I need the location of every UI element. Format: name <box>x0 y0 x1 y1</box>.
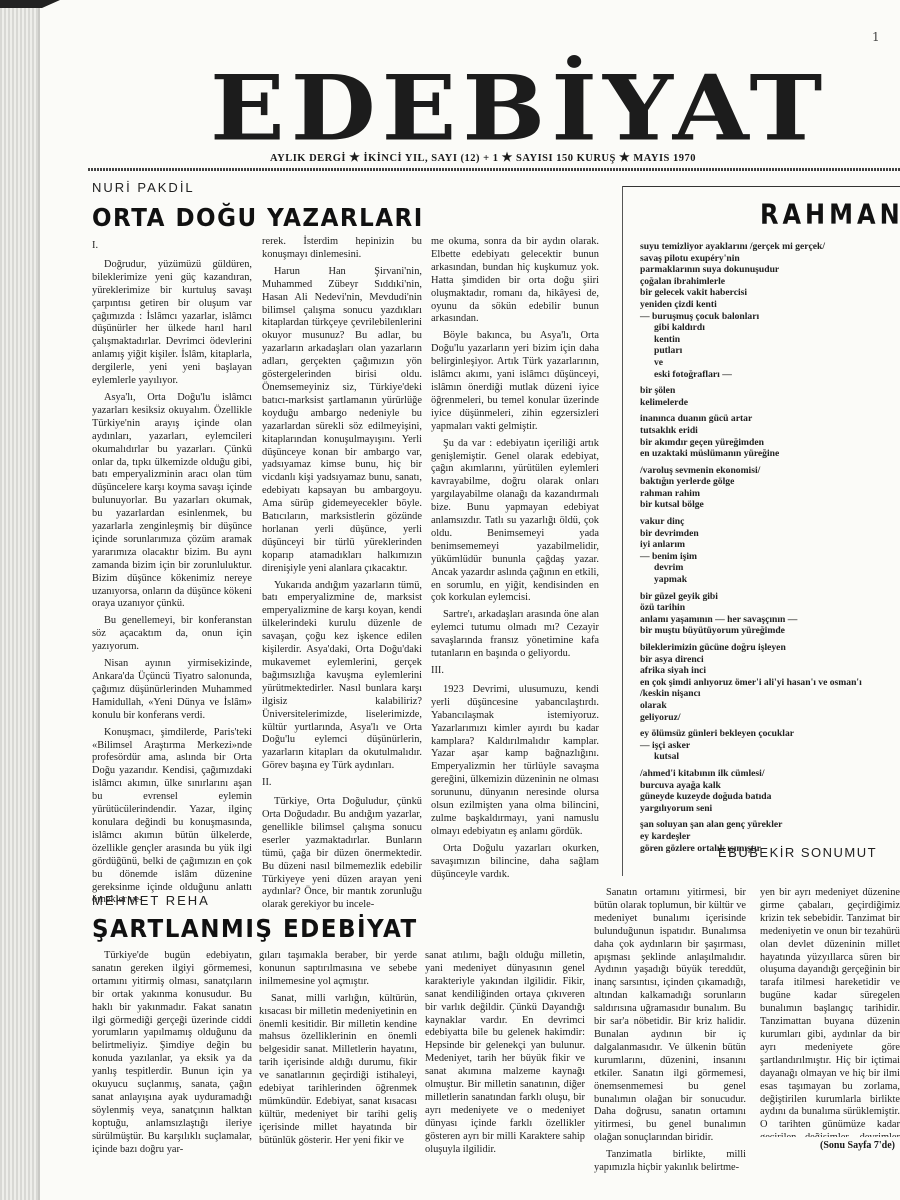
paragraph: Şu da var : edebiyatın içeriliği artık g… <box>431 438 599 606</box>
poem-line: /ahmed'i kitabının ilk cümlesi/ <box>640 768 895 780</box>
poem-line: anlamı yaşamının — her savaşçının — <box>640 614 895 626</box>
article1-column-3: me okuma, sonra da bir aydın olarak. Elb… <box>431 236 599 856</box>
article1-column-1: I.Doğrudur, yüzümüzü güldüren, bilekleri… <box>92 236 252 856</box>
poem-line: burcuva ayağa kalk <box>640 780 895 792</box>
paragraph: sanat atılımı, bağlı olduğu milletin, ya… <box>425 950 585 1157</box>
continued-note: (Sonu Sayfa 7'de) <box>820 1140 895 1151</box>
issue-date: MAYIS 1970 <box>633 153 696 164</box>
poem-line: — işçi asker <box>640 740 895 752</box>
poem-line: özü tarihin <box>640 602 895 614</box>
poem-line: kutsal <box>640 751 895 763</box>
poem-line: bileklerimizin gücüne doğru işleyen <box>640 642 895 654</box>
poem-line: savaş pilotu exupéry'nin <box>640 253 895 265</box>
paragraph: me okuma, sonra da bir aydın olarak. Elb… <box>431 236 599 326</box>
paragraph: 1923 Devrimi, ulusumuzu, kendi yerli düş… <box>431 684 599 839</box>
poem-line: tutsaklık eridi <box>640 425 895 437</box>
poem-line: parmaklarının suya dokunuşudur <box>640 264 895 276</box>
poem-stanza: bileklerimizin gücüne doğru işleyenbir a… <box>640 642 895 723</box>
article1-author: NURİ PAKDİL <box>92 180 195 195</box>
binding-shadow <box>38 0 40 1200</box>
poem-line: şan soluyan şan alan genç yürekler <box>640 819 895 831</box>
paragraph: Türkiye'de bugün edebiyatın, sanatın ger… <box>92 950 252 1157</box>
article2-column-2: gıları taşımakla beraber, bir yerde konu… <box>259 950 417 1170</box>
poem-line: putları <box>640 345 895 357</box>
header-rule <box>88 168 900 171</box>
poem-line: en uzaktaki müslümanın yüreğine <box>640 448 895 460</box>
paragraph: Yukarıda andığım yazarların tümü, batı e… <box>262 580 422 774</box>
page-number: 1 <box>872 30 880 44</box>
paragraph: rerek. İsterdim hepinizin bu konuşmayı d… <box>262 236 422 262</box>
paragraph: Tanzimatla birlikte, milli yapımızla hiç… <box>594 1149 746 1175</box>
poem-stanza: /ahmed'i kitabının ilk cümlesi/burcuva a… <box>640 768 895 814</box>
section-number: III. <box>431 665 599 678</box>
poem-line: yargılıyorum seni <box>640 803 895 815</box>
star-separator-icon: ★ <box>502 150 513 164</box>
poem-line: eski fotoğrafları — <box>640 369 895 381</box>
issue-price: SAYISI 150 KURUŞ <box>516 153 616 164</box>
poem-line: ve <box>640 357 895 369</box>
poem-author: EBUBEKİR SONUMUT <box>718 845 877 860</box>
article2-column-3: sanat atılımı, bağlı olduğu milletin, ya… <box>425 950 585 1170</box>
star-separator-icon: ★ <box>349 150 360 164</box>
poem-line: iyi anlarım <box>640 539 895 551</box>
paragraph: Sartre'ı, arkadaşları arasında öne alan … <box>431 609 599 661</box>
poem-line: yapmak <box>640 574 895 586</box>
paragraph: gıları taşımakla beraber, bir yerde konu… <box>259 950 417 989</box>
article2-column-5: yen bir ayrı medeniyet düzenine girme ça… <box>760 887 900 1137</box>
issue-year-number: İKİNCİ YIL, SAYI (12) + 1 <box>364 153 499 164</box>
paragraph: Orta Doğulu yazarları okurken, savaşımız… <box>431 843 599 882</box>
poem-line: bir gelecek vakit habercisi <box>640 287 895 299</box>
poem-line: güneyde kuzeyde doğuda batıda <box>640 791 895 803</box>
poem-line: en çok şimdi anlıyoruz ömer'i ali'yi has… <box>640 677 895 689</box>
poem-line: /varoluş sevmenin ekonomisi/ <box>640 465 895 477</box>
corner-mark <box>0 0 60 8</box>
poem-line: — buruşmuş çocuk balonları <box>640 311 895 323</box>
poem-line: afrika siyah inci <box>640 665 895 677</box>
paragraph: Konuşmacı, şimdilerde, Paris'teki «Bilim… <box>92 727 252 908</box>
poem-title: RAHMAN <box>760 198 900 230</box>
paragraph: Bu genellemeyi, bir konferanstan söz aça… <box>92 615 252 654</box>
poem-line: /keskin nişancı <box>640 688 895 700</box>
poem-line: — benim işim <box>640 551 895 563</box>
poem-line: ey ölümsüz günleri bekleyen çocuklar <box>640 728 895 740</box>
poem-stanza: bir güzel geyik gibiözü tarihinanlamı ya… <box>640 591 895 637</box>
poem-line: çoğalan ibrahimlerle <box>640 276 895 288</box>
poem-line: gibi kaldırdı <box>640 322 895 334</box>
poem-stanza: bir şölenkelimelerde <box>640 385 895 408</box>
issue-info-line: AYLIK DERGİ ★ İKİNCİ YIL, SAYI (12) + 1 … <box>270 150 696 165</box>
poem-line: bir güzel geyik gibi <box>640 591 895 603</box>
page-binding-edge <box>0 0 38 1200</box>
section-number: I. <box>92 240 252 253</box>
paragraph: Böyle bakınca, bu Asya'lı, Orta Doğu'lu … <box>431 330 599 433</box>
poem-line: bir şölen <box>640 385 895 397</box>
poem-stanza: inanınca duanın gücü artartutsaklık erid… <box>640 413 895 459</box>
poem-line: vakur dinç <box>640 516 895 528</box>
article2-column-1: Türkiye'de bugün edebiyatın, sanatın ger… <box>92 950 252 1170</box>
article2-title: ŞARTLANMIŞ EDEBİYAT <box>92 915 418 944</box>
paragraph: Nisan ayının yirmisekizinde, Ankara'da Ü… <box>92 658 252 723</box>
poem-line: bir akımdır geçen yüreğimden <box>640 437 895 449</box>
poem-line: kelimelerde <box>640 397 895 409</box>
article1-column-2: rerek. İsterdim hepinizin bu konuşmayı d… <box>262 236 422 856</box>
poem-line: bir muştu büyütüyorum yüreğimde <box>640 625 895 637</box>
article2-author: MEHMET REHA <box>92 893 210 908</box>
poem-line: ey kardeşler <box>640 831 895 843</box>
paragraph: Asya'lı, Orta Doğu'lu islâmcı yazarları … <box>92 392 252 611</box>
star-separator-icon: ★ <box>619 150 630 164</box>
poem-line: kentin <box>640 334 895 346</box>
paragraph: Doğrudur, yüzümüzü güldüren, bileklerimi… <box>92 259 252 388</box>
poem-line: bir asya direnci <box>640 654 895 666</box>
poem-line: bir kutsal bölge <box>640 499 895 511</box>
paragraph: Harun Han Şirvani'nin, Muhammed Zübeyr S… <box>262 266 422 576</box>
paragraph: yen bir ayrı medeniyet düzenine girme ça… <box>760 887 900 1137</box>
poem-stanza: suyu temizliyor ayaklarını /gerçek mi ge… <box>640 241 895 380</box>
section-number: II. <box>262 777 422 790</box>
masthead-title: EDEBİYAT <box>210 64 810 154</box>
poem-line: bir devrimden <box>640 528 895 540</box>
article1-title: ORTA DOĞU YAZARLARI <box>92 204 424 233</box>
poem-line: olarak <box>640 700 895 712</box>
poem-stanza: ey ölümsüz günleri bekleyen çocuklar— iş… <box>640 728 895 763</box>
poem-line: rahman rahim <box>640 488 895 500</box>
poem-stanza: vakur dinçbir devrimdeniyi anlarım— beni… <box>640 516 895 586</box>
poem-body: suyu temizliyor ayaklarını /gerçek mi ge… <box>640 241 895 859</box>
poem-line: geliyoruz/ <box>640 712 895 724</box>
poem-line: suyu temizliyor ayaklarını /gerçek mi ge… <box>640 241 895 253</box>
poem-line: devrim <box>640 562 895 574</box>
issue-type: AYLIK DERGİ <box>270 153 346 164</box>
article2-column-4: Sanatın ortamını yitirmesi, bir bütün ol… <box>594 887 746 1167</box>
poem-stanza: /varoluş sevmenin ekonomisi/baktığın yer… <box>640 465 895 511</box>
poem-line: inanınca duanın gücü artar <box>640 413 895 425</box>
paragraph: Türkiye, Orta Doğuludur, çünkü Orta Doğu… <box>262 796 422 912</box>
paragraph: Sanat, milli varlığın, kültürün, kısacas… <box>259 993 417 1148</box>
poem-line: yeniden çizdi kenti <box>640 299 895 311</box>
poem-line: baktığın yerlerde gölge <box>640 476 895 488</box>
paragraph: Sanatın ortamını yitirmesi, bir bütün ol… <box>594 887 746 1145</box>
